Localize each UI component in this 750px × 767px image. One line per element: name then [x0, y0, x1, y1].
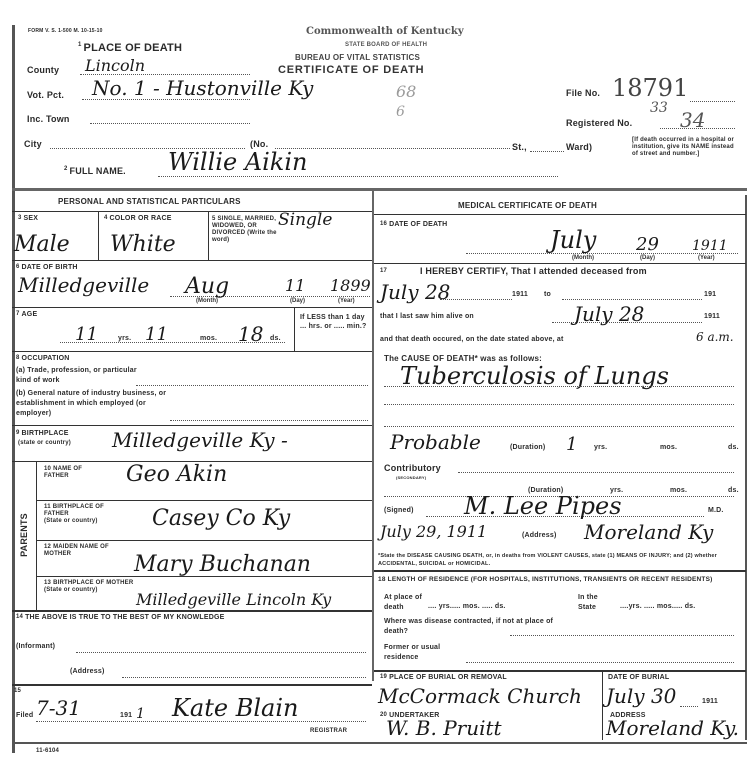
column-divider [372, 191, 374, 681]
dod-label-text: DATE OF DEATH [389, 221, 447, 228]
marital-value[interactable]: Single [278, 210, 332, 230]
dob-label: 6DATE OF BIRTH [16, 264, 78, 271]
contributory-line [458, 472, 734, 473]
less-than-day: If LESS than 1 day ... hrs. or ..... min… [300, 313, 368, 331]
field-number: 8 [16, 355, 20, 361]
header-divider [12, 188, 747, 191]
file-no-value: 18791 [612, 74, 688, 102]
race-value[interactable]: White [110, 232, 176, 257]
age-label: 7AGE [16, 311, 37, 318]
dob-year-sub: (Year) [338, 298, 355, 304]
field-number: 2 [64, 166, 68, 172]
duration-ds-label: ds. [728, 444, 739, 451]
left-border [12, 25, 15, 753]
signed-date[interactable]: July 29, 1911 [380, 522, 487, 541]
duration-mos-label: mos. [660, 444, 677, 451]
former-residence-label: Former or usual residence [384, 643, 454, 663]
field-number: 10 [44, 466, 51, 472]
burial-place-label-text: PLACE OF BURIAL OR REMOVAL [389, 674, 507, 681]
rule [12, 425, 372, 426]
mother-birthplace-label-text: BIRTHPLACE OF MOTHER [53, 580, 133, 586]
attended-from-year: 1911 [512, 291, 528, 298]
field-number: 6 [16, 264, 20, 270]
residence-label-text: LENGTH OF RESIDENCE (FOR HOSPITALS, INST… [388, 576, 713, 583]
registered-no-label: Registered No. [566, 118, 632, 128]
form-number: FORM V. S. 1-500 M. 10-15-10 [28, 28, 103, 34]
father-birthplace-label-text: BIRTHPLACE OF FATHER [44, 504, 104, 517]
county-label: County [27, 65, 59, 75]
father-birthplace-sub: (State or country) [44, 518, 98, 524]
informant-statement: 14THE ABOVE IS TRUE TO THE BEST OF MY KN… [16, 614, 225, 621]
field-number: 3 [18, 215, 22, 221]
occupation-b-line [170, 420, 368, 421]
cause-qualifier[interactable]: Probable [390, 430, 481, 454]
hospital-note: [If death occurred in a hospital or inst… [632, 137, 734, 158]
death-time[interactable]: 6 a.m. [696, 330, 734, 344]
md-label: M.D. [708, 507, 724, 514]
informant-line [76, 652, 366, 653]
commonwealth-title: Commonwealth of Kentucky [306, 26, 464, 37]
birthplace-value[interactable]: Milledgeville Ky - [112, 428, 288, 452]
at-place-values: .... yrs..... mos. ..... ds. [428, 603, 506, 610]
dod-day[interactable]: 29 [636, 234, 659, 255]
rule [12, 260, 372, 261]
full-name-label-text: FULL NAME. [70, 166, 126, 176]
burial-place-label: 19PLACE OF BURIAL OR REMOVAL [380, 674, 507, 681]
burial-date-line [680, 706, 698, 707]
ward-line [530, 151, 564, 152]
race-label-text: COLOR OR RACE [110, 215, 172, 222]
dob-year[interactable]: 1899 [330, 276, 371, 295]
race-label: 4COLOR OR RACE [104, 215, 172, 222]
secondary-label: (SECONDARY) [396, 475, 426, 480]
parents-side-label: PARENTS [19, 505, 29, 565]
father-name-label: 10NAME OF FATHER [44, 466, 99, 480]
father-birthplace-value[interactable]: Casey Co Ky [152, 506, 290, 531]
bureau-title: BUREAU OF VITAL STATISTICS [295, 53, 420, 62]
dod-label: 16DATE OF DEATH [380, 221, 447, 228]
dob-day[interactable]: 11 [285, 276, 305, 295]
full-name-line [158, 176, 558, 177]
certify-num: 17 [380, 268, 387, 274]
footer-code: 11-6104 [36, 748, 59, 754]
dob-month[interactable]: Aug [185, 274, 229, 299]
field-number: 9 [16, 430, 20, 436]
certify-text: I HEREBY CERTIFY, That I attended deceas… [420, 266, 647, 276]
rule [12, 684, 372, 686]
place-of-death-heading: 1PLACE OF DEATH [78, 42, 182, 54]
occupation-a: (a) Trade, profession, or particular kin… [16, 366, 146, 386]
file-no-label: File No. [566, 88, 600, 98]
informant-address-line [122, 677, 366, 678]
st-label: St., [512, 142, 527, 152]
cause-footnote: *State the DISEASE CAUSING DEATH, or, in… [378, 552, 744, 568]
inc-town-line [90, 123, 250, 124]
contributory-mos-label: mos. [670, 487, 687, 494]
to-line [562, 299, 702, 300]
rule [374, 570, 746, 572]
birthplace-label: 9BIRTHPLACE [16, 430, 69, 437]
rule [374, 263, 746, 264]
duration-yrs-label: yrs. [594, 444, 607, 451]
occupation-label: 8OCCUPATION [16, 355, 70, 362]
marital-label-text: SINGLE, MARRIED, WIDOWED, OR DIVORCED (W… [212, 216, 277, 243]
mother-birthplace-label: 13BIRTHPLACE OF MOTHER(State or country) [44, 580, 134, 594]
dob-month-sub: (Month) [196, 298, 218, 304]
dod-month[interactable]: July [550, 226, 596, 254]
age-ds-label: ds. [270, 335, 281, 342]
file-no-line [690, 101, 735, 102]
dod-day-sub: (Day) [640, 255, 655, 261]
rule [294, 307, 295, 351]
rule [36, 576, 372, 577]
age-mos-label: mos. [200, 335, 217, 342]
mother-name-label-text: MAIDEN NAME OF MOTHER [44, 544, 109, 557]
undertaker-value[interactable]: W. B. Pruitt [386, 716, 502, 740]
sex-label: 3SEX [18, 215, 38, 222]
mother-name-value[interactable]: Mary Buchanan [134, 552, 311, 577]
full-name-value[interactable]: Willie Aikin [168, 148, 307, 176]
filed-num: 15 [14, 688, 21, 694]
cause-line-3 [384, 426, 734, 427]
to-year: 191 [704, 291, 716, 298]
father-name-value[interactable]: Geo Akin [126, 462, 227, 487]
medical-heading: MEDICAL CERTIFICATE OF DEATH [458, 201, 597, 210]
sex-value[interactable]: Male [14, 232, 70, 257]
rule [98, 212, 99, 260]
attended-from[interactable]: July 28 [380, 280, 450, 304]
duration-label: (Duration) [510, 444, 545, 451]
dob-day-sub: (Day) [290, 298, 305, 304]
occupation-a-line [136, 385, 368, 386]
informant-label: (Informant) [16, 643, 55, 650]
marital-label: 5SINGLE, MARRIED, WIDOWED, OR DIVORCED (… [212, 216, 280, 244]
age-months[interactable]: 11 [145, 324, 168, 345]
vot-pct-value[interactable]: No. 1 - Hustonville Ky [92, 76, 313, 100]
dob-label-text: DATE OF BIRTH [22, 264, 78, 271]
faint-note-2: 6 [396, 104, 405, 120]
rule [602, 672, 603, 740]
sex-label-text: SEX [24, 215, 39, 222]
certificate-title: CERTIFICATE OF DEATH [278, 64, 424, 76]
birthplace-sub: (state or country) [18, 440, 71, 446]
age-yrs-label: yrs. [118, 335, 131, 342]
occupation-label-text: OCCUPATION [22, 355, 70, 362]
rule [36, 461, 37, 611]
field-number: 7 [16, 311, 20, 317]
filed-year-prefix: 191 [120, 712, 132, 719]
cause-line-1 [384, 386, 734, 387]
burial-date-label: DATE OF BURIAL [608, 674, 669, 681]
contributory-label: Contributory [384, 463, 441, 473]
rule [36, 540, 372, 541]
registrar-signature[interactable]: Kate Blain [172, 694, 298, 722]
contracted-label: Where was disease contracted, if not at … [384, 617, 564, 637]
burial-date-year: 1911 [702, 698, 718, 705]
mother-name-label: 12MAIDEN NAME OF MOTHER [44, 544, 134, 558]
duration-years[interactable]: 1 [566, 434, 577, 455]
field-number: 13 [44, 580, 51, 586]
field-number: 16 [380, 221, 387, 227]
filed-label: Filed [16, 712, 33, 719]
filed-year-suffix: 1 [136, 706, 145, 722]
attended-from-line [440, 299, 512, 300]
field-number: 12 [44, 544, 51, 550]
bottom-border [12, 742, 747, 744]
filed-date[interactable]: 7-31 [36, 696, 81, 720]
registered-above-value: 33 [650, 100, 668, 116]
rule [374, 214, 746, 215]
last-saw-line [552, 322, 702, 323]
mother-birthplace-sub: (State or country) [44, 587, 98, 593]
cause-line-2 [384, 404, 734, 405]
field-number: 14 [16, 614, 23, 620]
board-title: STATE BOARD OF HEALTH [345, 42, 427, 48]
at-place-label: At place of death [384, 593, 424, 613]
rule [36, 500, 372, 501]
birthplace-label-text: BIRTHPLACE [22, 430, 69, 437]
burial-address-value[interactable]: Moreland Ky. [606, 716, 739, 740]
age-years[interactable]: 11 [75, 324, 98, 345]
registrar-label: REGISTRAR [310, 728, 347, 734]
full-name-label: 2FULL NAME. [64, 166, 126, 176]
field-number: 4 [104, 215, 108, 221]
field-number: 1 [78, 42, 82, 48]
dod-month-sub: (Month) [572, 255, 594, 261]
heading-text: PLACE OF DEATH [84, 42, 183, 54]
residence-label: 18 LENGTH OF RESIDENCE (FOR HOSPITALS, I… [378, 576, 744, 584]
rule [12, 610, 372, 612]
vot-pct-label: Vot. Pct. [27, 90, 64, 100]
inc-town-label: Inc. Town [27, 114, 70, 124]
county-value[interactable]: Lincoln [85, 56, 145, 75]
city-label: City [24, 139, 42, 149]
dod-year[interactable]: 1911 [692, 238, 728, 254]
dod-year-sub: (Year) [698, 255, 715, 261]
informant-statement-text: THE ABOVE IS TRUE TO THE BEST OF MY KNOW… [25, 614, 224, 621]
signed-address-value[interactable]: Moreland Ky [584, 520, 713, 544]
rule [208, 212, 209, 260]
in-state-values: ....yrs. ..... mos..... ds. [620, 603, 695, 610]
age-days[interactable]: 18 [238, 322, 263, 346]
signed-value[interactable]: M. Lee Pipes [464, 492, 622, 520]
rule [374, 670, 746, 672]
mother-birthplace-value[interactable]: Milledgeville Lincoln Ky [136, 590, 331, 609]
rule [12, 351, 372, 352]
contracted-line [510, 635, 734, 636]
father-birthplace-label: 11BIRTHPLACE OF FATHER(State or country) [44, 504, 124, 525]
occupation-b: (b) General nature of industry business,… [16, 389, 176, 419]
last-saw-year: 1911 [704, 313, 720, 320]
death-occurred-text: and that death occured, on the date stat… [380, 336, 564, 343]
in-state-label: In the State [578, 593, 618, 613]
right-border [745, 195, 747, 740]
street-line [275, 148, 510, 149]
informant-address-label: (Address) [70, 668, 104, 675]
registered-no-value: 34 [680, 108, 705, 132]
field-number: 18 [378, 576, 386, 583]
signed-address-label: (Address) [522, 532, 556, 539]
dob-place-note: Milledgeville [18, 273, 149, 297]
faint-note-1: 68 [396, 82, 416, 101]
burial-date-value[interactable]: July 30 [606, 684, 676, 708]
ward-label: Ward) [566, 142, 592, 152]
former-residence-line [466, 662, 734, 663]
signed-label: (Signed) [384, 507, 414, 514]
field-number: 11 [44, 504, 51, 510]
field-number: 19 [380, 674, 387, 680]
last-saw-text: that I last saw him alive on [380, 313, 474, 320]
burial-place-value[interactable]: McCormack Church [378, 684, 582, 708]
personal-heading: PERSONAL AND STATISTICAL PARTICULARS [58, 197, 241, 206]
to-label: to [544, 291, 551, 298]
contributory-ds-label: ds. [728, 487, 739, 494]
field-number: 5 [212, 216, 216, 222]
rule [12, 307, 372, 308]
age-label-text: AGE [22, 311, 38, 318]
